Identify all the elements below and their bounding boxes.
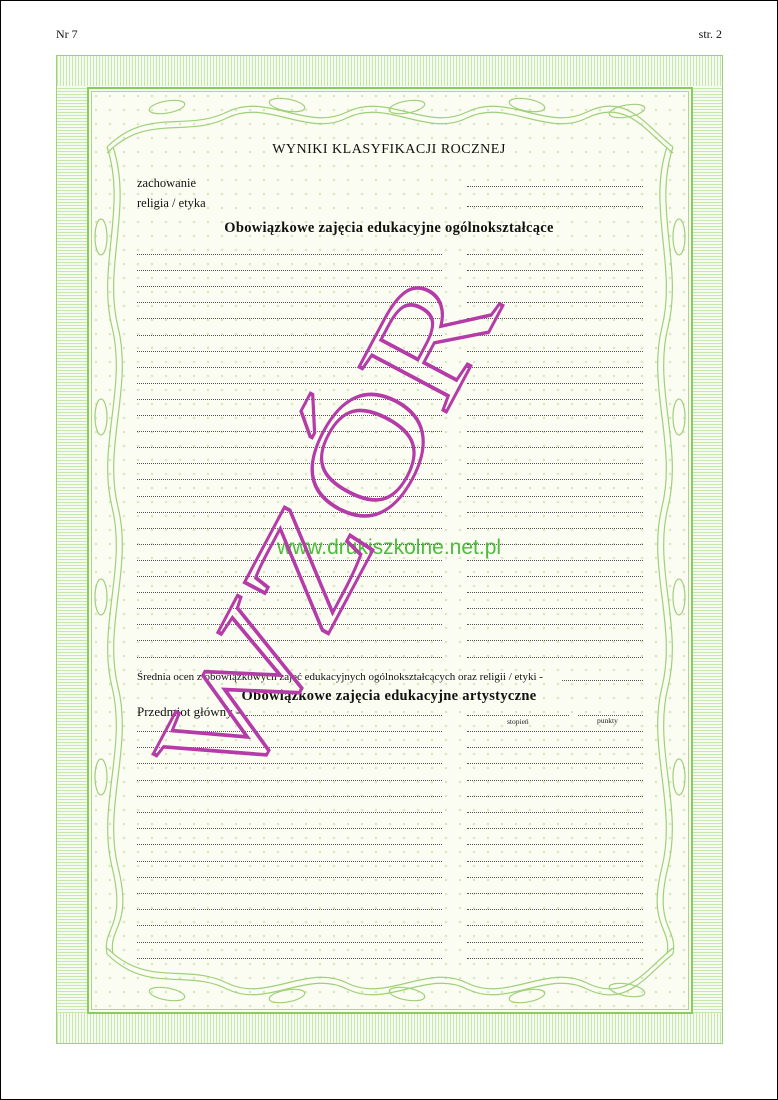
section-artistic-title: Obowiązkowe zajęcia edukacyjne artystycz… bbox=[0, 688, 778, 705]
form-number: Nr 7 bbox=[56, 27, 78, 42]
grade-field[interactable] bbox=[467, 335, 643, 336]
subject-name-field[interactable] bbox=[137, 942, 442, 943]
grade-field[interactable] bbox=[467, 496, 643, 497]
grade-field[interactable] bbox=[467, 812, 643, 813]
subject-name-field[interactable] bbox=[137, 286, 442, 287]
grade-field[interactable] bbox=[467, 367, 643, 368]
subject-name-field[interactable] bbox=[137, 383, 442, 384]
grade-field[interactable] bbox=[467, 560, 643, 561]
subject-name-field[interactable] bbox=[137, 640, 442, 641]
subject-name-field[interactable] bbox=[137, 844, 442, 845]
grade-field[interactable] bbox=[467, 925, 643, 926]
subject-name-field[interactable] bbox=[137, 780, 442, 781]
grade-field[interactable] bbox=[467, 796, 643, 797]
grade-field[interactable] bbox=[467, 844, 643, 845]
subject-name-field[interactable] bbox=[137, 335, 442, 336]
grade-field[interactable] bbox=[467, 512, 643, 513]
website-url: www.drukiszkolne.net.pl bbox=[0, 536, 778, 560]
grade-field[interactable] bbox=[467, 877, 643, 878]
subject-name-field[interactable] bbox=[137, 828, 442, 829]
grade-field[interactable] bbox=[467, 828, 643, 829]
grade-field[interactable] bbox=[467, 640, 643, 641]
grade-field[interactable] bbox=[467, 415, 643, 416]
subject-name-field[interactable] bbox=[137, 447, 442, 448]
grade-field[interactable] bbox=[467, 909, 643, 910]
section-general-title: Obowiązkowe zajęcia edukacyjne ogólnoksz… bbox=[0, 220, 778, 237]
grade-field[interactable] bbox=[467, 463, 643, 464]
grade-field[interactable] bbox=[467, 270, 643, 271]
subject-name-field[interactable] bbox=[137, 512, 442, 513]
religion-ethics-label: religia / etyka bbox=[137, 196, 206, 211]
grade-field[interactable] bbox=[467, 731, 643, 732]
grade-field[interactable] bbox=[467, 958, 643, 959]
grade-field[interactable] bbox=[467, 286, 643, 287]
grade-field[interactable] bbox=[467, 763, 643, 764]
grade-field[interactable] bbox=[467, 861, 643, 862]
subject-name-field[interactable] bbox=[137, 528, 442, 529]
grade-field[interactable] bbox=[467, 399, 643, 400]
grade-field[interactable] bbox=[467, 318, 643, 319]
main-subject-label: Przedmiot główny - bbox=[137, 704, 240, 720]
grade-field[interactable] bbox=[467, 431, 643, 432]
subject-name-field[interactable] bbox=[137, 731, 442, 732]
page-number: str. 2 bbox=[699, 27, 722, 42]
conduct-field[interactable] bbox=[467, 186, 643, 187]
subject-name-field[interactable] bbox=[137, 367, 442, 368]
subject-name-field[interactable] bbox=[137, 925, 442, 926]
grade-field[interactable] bbox=[467, 780, 643, 781]
subject-name-field[interactable] bbox=[137, 877, 442, 878]
average-label: Średnia ocen z obowiązkowych zajęć eduka… bbox=[137, 671, 543, 683]
subject-name-field[interactable] bbox=[137, 318, 442, 319]
grade-field[interactable] bbox=[467, 302, 643, 303]
subject-name-field[interactable] bbox=[137, 958, 442, 959]
grade-field[interactable] bbox=[467, 592, 643, 593]
subject-name-field[interactable] bbox=[137, 431, 442, 432]
average-field[interactable] bbox=[562, 680, 643, 681]
subject-name-field[interactable] bbox=[137, 657, 442, 658]
subject-name-field[interactable] bbox=[137, 893, 442, 894]
subject-name-field[interactable] bbox=[137, 270, 442, 271]
grade-field[interactable] bbox=[467, 608, 643, 609]
main-subject-field[interactable] bbox=[246, 715, 442, 716]
subject-name-field[interactable] bbox=[137, 254, 442, 255]
subject-name-field[interactable] bbox=[137, 399, 442, 400]
subject-name-field[interactable] bbox=[137, 608, 442, 609]
subject-name-field[interactable] bbox=[137, 415, 442, 416]
grade-field[interactable] bbox=[467, 528, 643, 529]
grade-field[interactable] bbox=[467, 624, 643, 625]
grade-field[interactable] bbox=[467, 479, 643, 480]
subject-name-field[interactable] bbox=[137, 560, 442, 561]
document-title: WYNIKI KLASYFIKACJI ROCZNEJ bbox=[0, 142, 778, 158]
conduct-label: zachowanie bbox=[137, 176, 196, 191]
degree-label: stopień bbox=[507, 717, 529, 726]
subject-name-field[interactable] bbox=[137, 592, 442, 593]
points-label: punkty bbox=[597, 716, 618, 725]
grade-field[interactable] bbox=[467, 747, 643, 748]
grade-field[interactable] bbox=[467, 942, 643, 943]
grade-field[interactable] bbox=[467, 383, 643, 384]
subject-name-field[interactable] bbox=[137, 909, 442, 910]
subject-name-field[interactable] bbox=[137, 463, 442, 464]
subject-name-field[interactable] bbox=[137, 796, 442, 797]
religion-ethics-field[interactable] bbox=[467, 206, 643, 207]
subject-name-field[interactable] bbox=[137, 479, 442, 480]
subject-name-field[interactable] bbox=[137, 496, 442, 497]
subject-name-field[interactable] bbox=[137, 624, 442, 625]
grade-field[interactable] bbox=[467, 447, 643, 448]
subject-name-field[interactable] bbox=[137, 747, 442, 748]
grade-field[interactable] bbox=[467, 576, 643, 577]
grade-field[interactable] bbox=[467, 254, 643, 255]
degree-field[interactable] bbox=[467, 715, 569, 716]
grade-field[interactable] bbox=[467, 893, 643, 894]
subject-name-field[interactable] bbox=[137, 302, 442, 303]
grade-field[interactable] bbox=[467, 351, 643, 352]
grade-field[interactable] bbox=[467, 657, 643, 658]
subject-name-field[interactable] bbox=[137, 351, 442, 352]
subject-name-field[interactable] bbox=[137, 812, 442, 813]
subject-name-field[interactable] bbox=[137, 763, 442, 764]
subject-name-field[interactable] bbox=[137, 576, 442, 577]
subject-name-field[interactable] bbox=[137, 861, 442, 862]
